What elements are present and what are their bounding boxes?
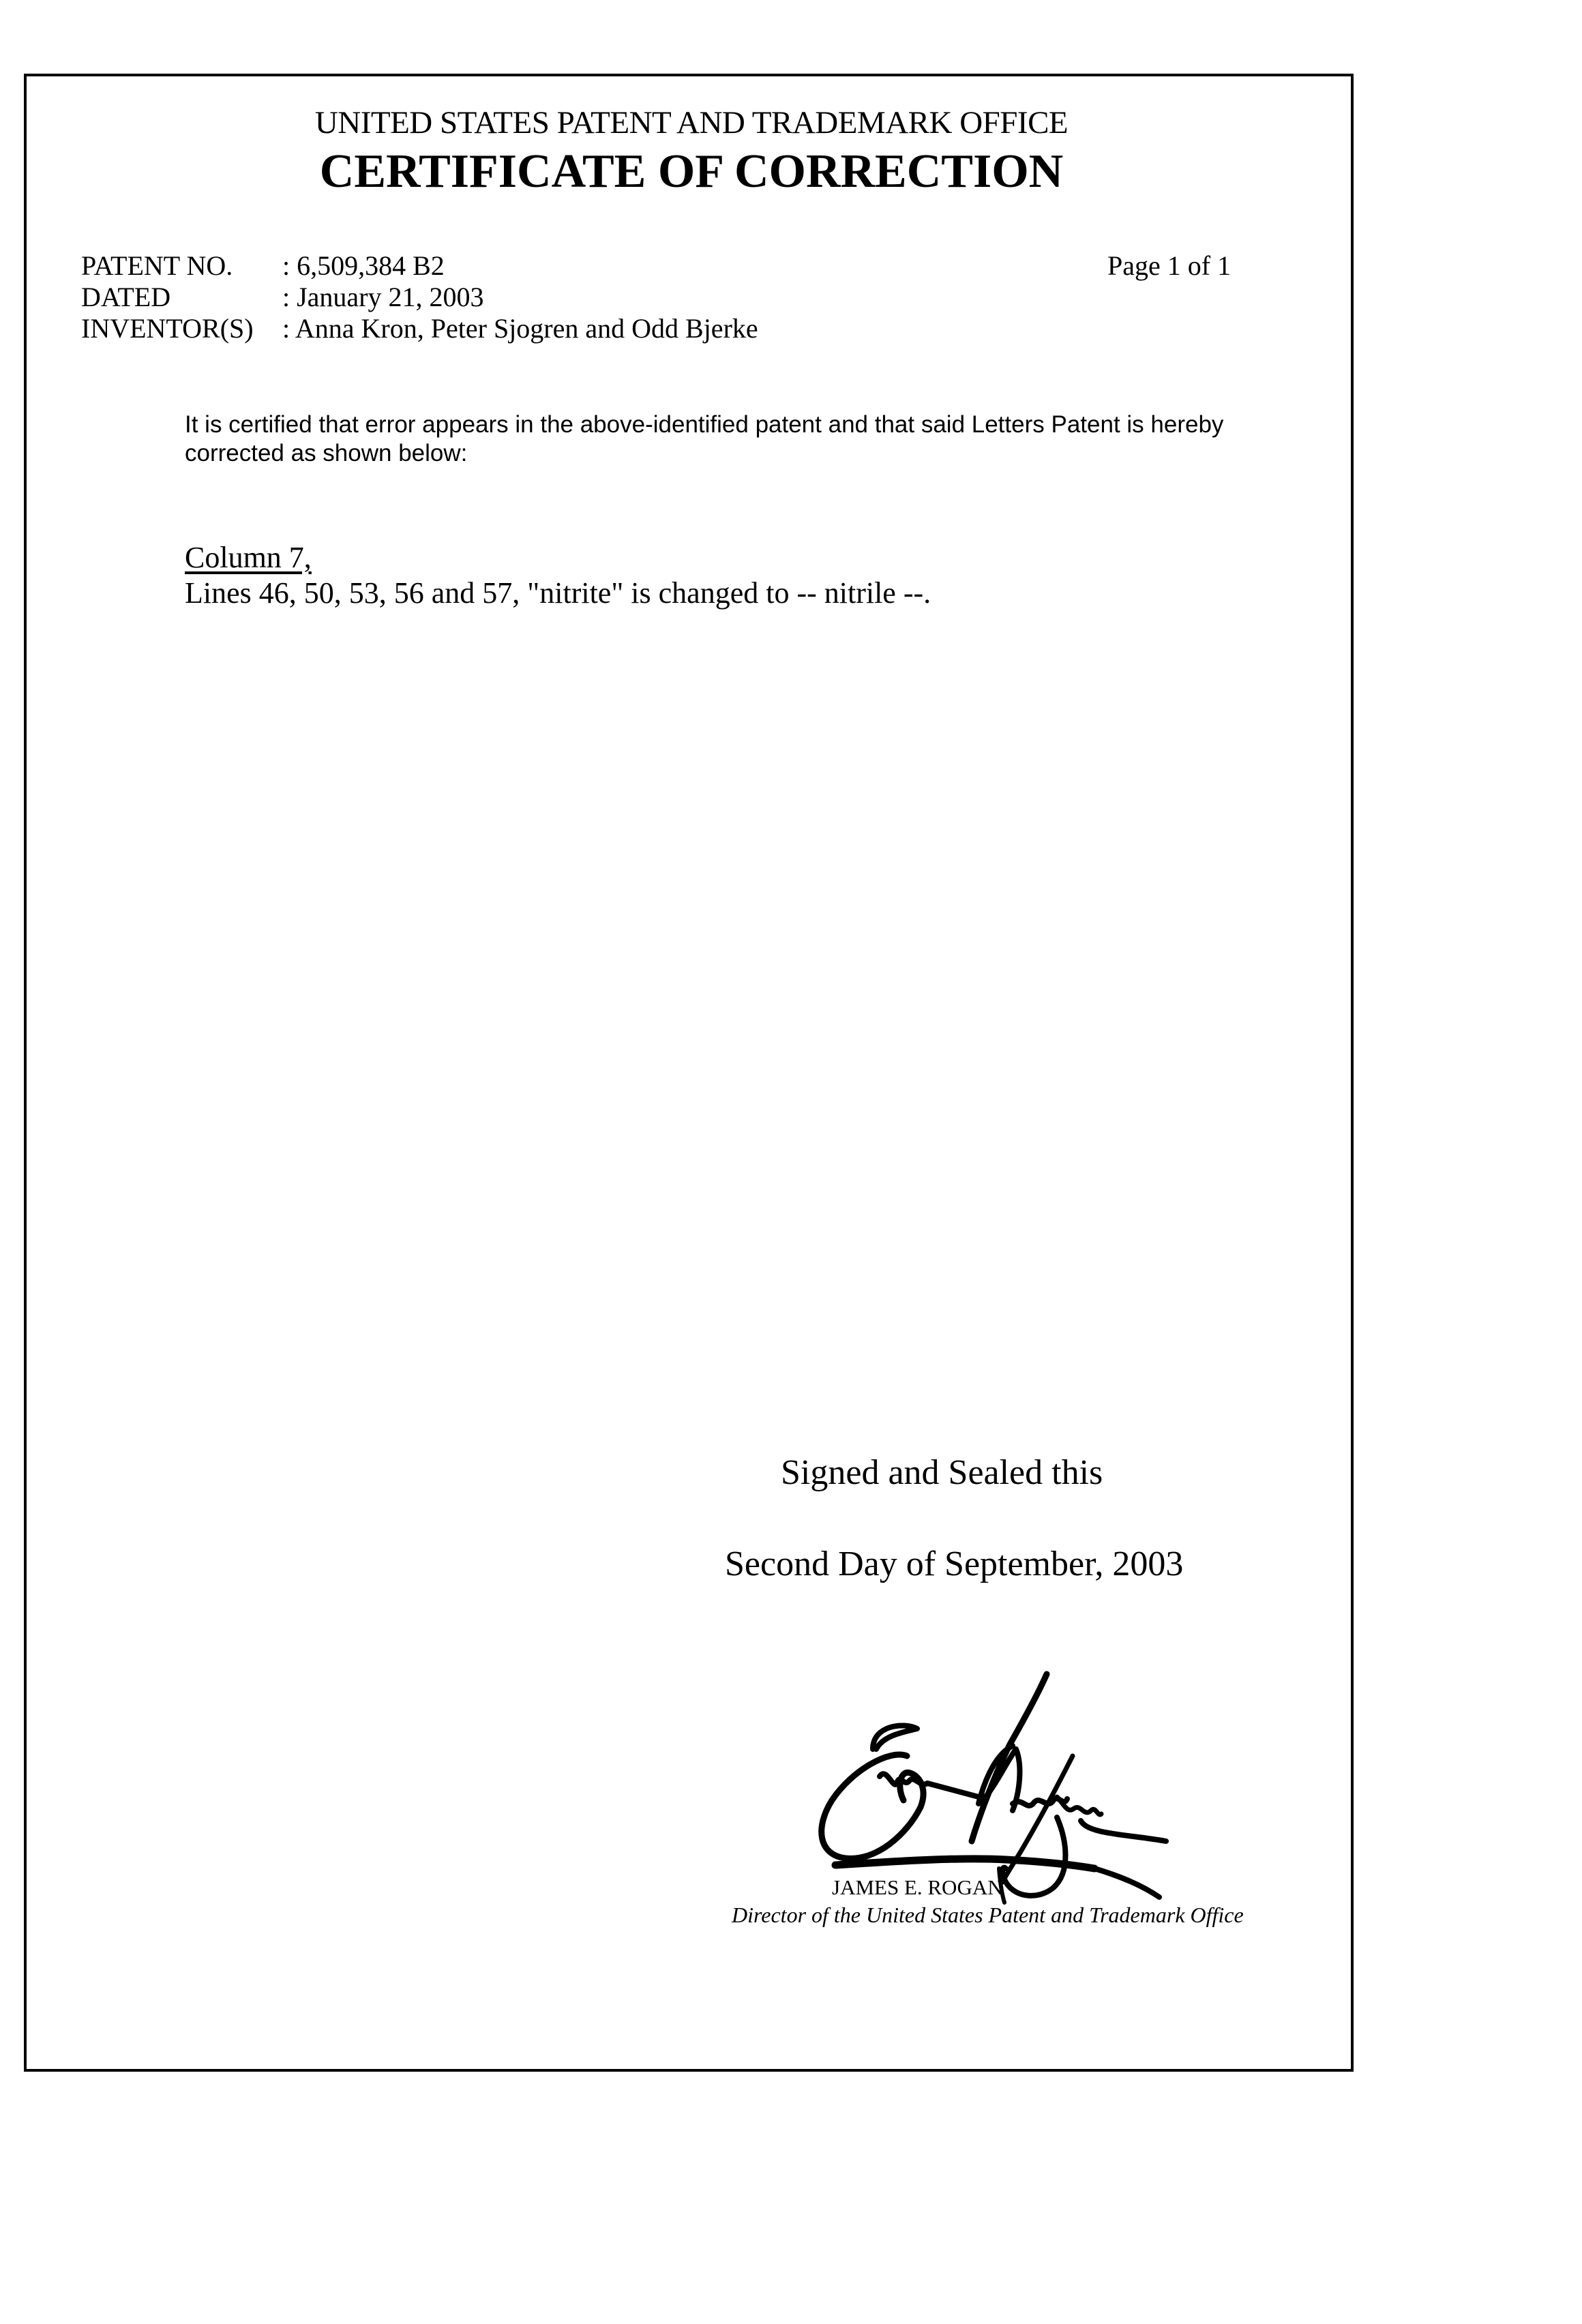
certification-statement: It is certified that error appears in th… <box>185 411 1249 468</box>
signed-sealed-line: Signed and Sealed this <box>781 1452 1103 1493</box>
patent-number-value: : 6,509,384 B2 <box>282 250 445 282</box>
dated-label: DATED <box>81 282 282 313</box>
signed-date-line: Second Day of September, 2003 <box>725 1544 1183 1584</box>
inventors-row: INVENTOR(S) : Anna Kron, Peter Sjogren a… <box>81 313 758 344</box>
correction-text: Lines 46, 50, 53, 56 and 57, "nitrite" i… <box>185 576 931 611</box>
office-name: UNITED STATES PATENT AND TRADEMARK OFFIC… <box>27 107 1356 139</box>
inventors-value: : Anna Kron, Peter Sjogren and Odd Bjerk… <box>282 313 758 344</box>
patent-number-label: PATENT NO. <box>81 250 282 282</box>
correction-column: Column 7, <box>185 540 931 576</box>
page-indicator: Page 1 of 1 <box>1107 250 1231 282</box>
patent-number-row: PATENT NO. : 6,509,384 B2 <box>81 250 758 282</box>
dated-value: : January 21, 2003 <box>282 282 484 313</box>
document-title: CERTIFICATE OF CORRECTION <box>27 148 1356 196</box>
patent-info-block: PATENT NO. : 6,509,384 B2 DATED : Januar… <box>81 250 758 344</box>
dated-row: DATED : January 21, 2003 <box>81 282 758 313</box>
correction-entry: Column 7, Lines 46, 50, 53, 56 and 57, "… <box>185 540 931 611</box>
signer-title: Director of the United States Patent and… <box>732 1903 1244 1928</box>
signature-image <box>788 1630 1231 1916</box>
signer-name: JAMES E. ROGAN <box>832 1875 1003 1900</box>
inventors-label: INVENTOR(S) <box>81 313 282 344</box>
